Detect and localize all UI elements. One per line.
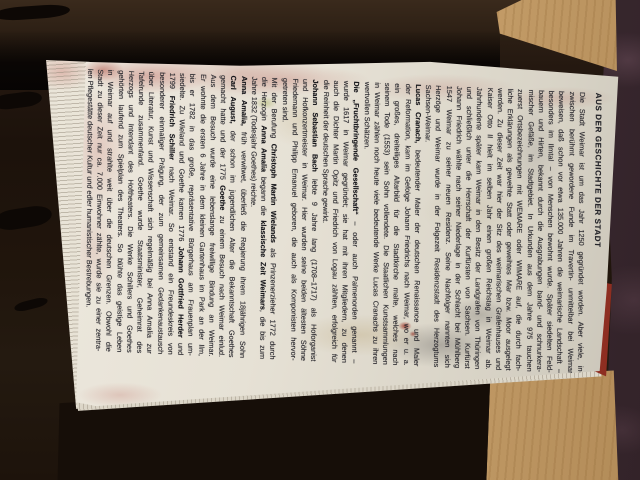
text-line: Lucas Cranach, bedeutender Maler der deu… [411, 84, 423, 366]
text-line: Aus dem Besuch wurde eine lebenslange fr… [206, 74, 218, 356]
text-line: werden. Zu dieser Zeit war hier der Sitz… [493, 88, 505, 370]
text-line: Johann Sebastian Bach lebte 9 Jahre lang… [308, 79, 320, 361]
text-line: mischer Gefäße, im Stadtgebiet. In Urkun… [524, 89, 536, 371]
text-line: siedelte. Zu Wieland und Goethe kamen 17… [175, 73, 187, 355]
text-line: Er wohnte die ersten 6 Jahre in dem klei… [196, 74, 208, 356]
text-line: Johann Friedrich wählte nach seiner Nied… [452, 86, 464, 368]
text-line: Herzogs und Intendant des Hoftheaters. D… [124, 71, 136, 353]
text-line: Die Stadt Weimar ist um das Jahr 1250 ge… [575, 92, 587, 374]
photo-of-book-on-table: AUS DER GESCHICHTE DER STADT Die Stadt W… [0, 0, 640, 480]
text-line: besonderer einmaliger Prägung, der zum g… [155, 72, 167, 354]
text-line: Kaiser Otto II hielt im selben Jahr eine… [483, 87, 495, 369]
back-cover-heading: AUS DER GESCHICHTE DER STADT [591, 93, 603, 375]
text-line: 1799 Friedrich Schiller nach Weimar. So … [165, 72, 177, 354]
text-line: gehörten laufend zum Spielplan des Theat… [114, 70, 126, 352]
text-line: Mit der Berufung Christoph Martin Wielan… [267, 77, 279, 359]
text-line: zwischen berühmt gewordene Funde im Trav… [565, 91, 577, 373]
text-line: Die „Fruchtbringende Gesellschaft“ – ode… [349, 81, 361, 363]
text-line: auch die Dichter Martin Opitz und Friedr… [329, 80, 341, 362]
text-line: 1547 Weimar zu seiner neuen Residenz. Se… [442, 85, 454, 367]
text-line: Anna Amalia, früh verwitwet, überließ di… [237, 76, 249, 358]
back-cover-text: AUS DER GESCHICHTE DER STADT Die Stadt W… [83, 69, 603, 375]
back-cover-text-lines: Die Stadt Weimar ist um das Jahr 1250 ge… [83, 69, 587, 375]
text-line: Friedemann und Philipp Emanuel geboren, … [288, 78, 300, 360]
text-line: in Weimar zählen noch heute viele bedeut… [370, 82, 382, 364]
text-line: bauern und Hirten, bekannt durch die Aus… [534, 90, 546, 372]
text-line: der Reformation, kam im Gefolge Johann F… [401, 84, 413, 366]
